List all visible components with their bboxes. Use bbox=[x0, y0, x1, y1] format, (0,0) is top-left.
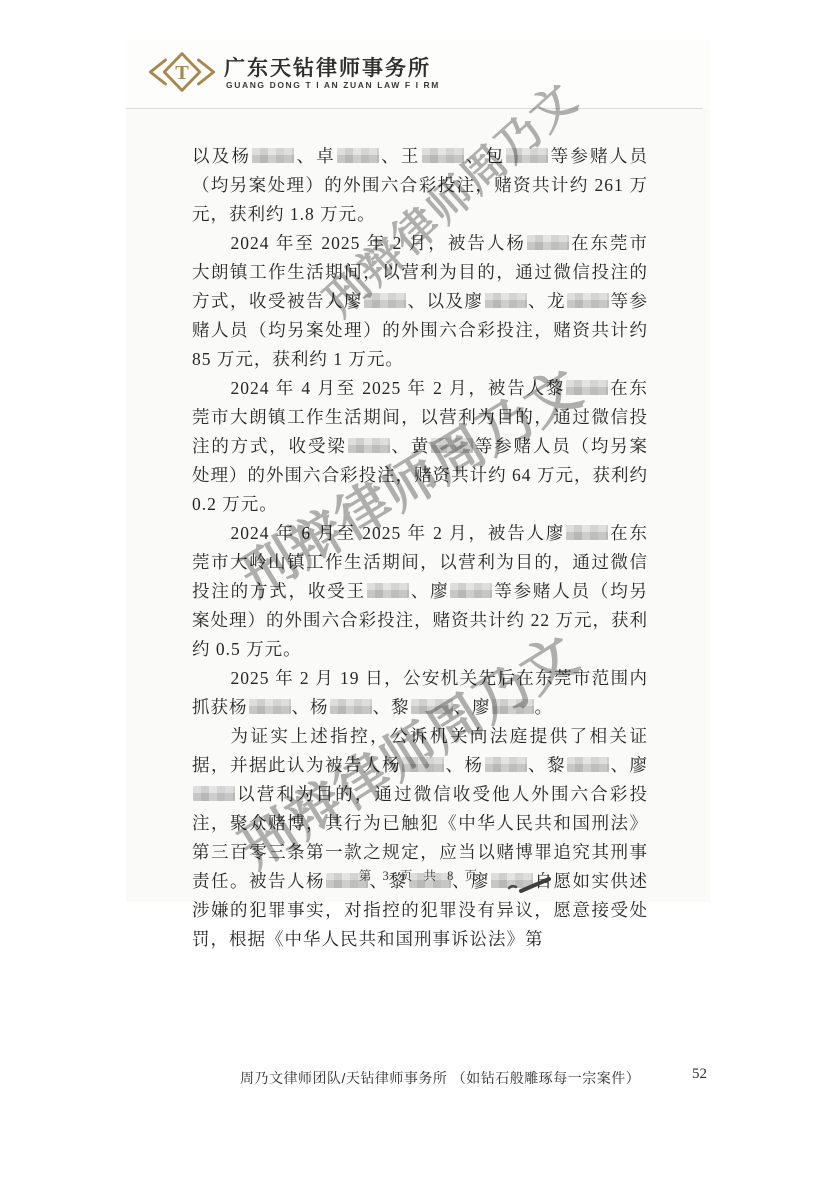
paragraph: 2024 年 4 月至 2025 年 2 月，被告人黎在东莞市大朗镇工作生活期间… bbox=[192, 374, 648, 519]
redacted-name-block bbox=[506, 148, 548, 163]
body-text-run: 、廖 bbox=[410, 581, 449, 601]
redacted-name-block bbox=[450, 583, 492, 598]
body-text-run: 、以及廖 bbox=[407, 291, 484, 311]
redacted-name-block bbox=[567, 293, 609, 308]
paragraph: 以及杨、卓、王、包等参赌人员（均另案处理）的外围六合彩投注，赌资共计约 261 … bbox=[192, 142, 648, 229]
redacted-name-block bbox=[402, 757, 444, 772]
body-text-run: 、王 bbox=[380, 146, 421, 166]
body-text-run: 、黄 bbox=[391, 436, 430, 456]
body-text-run: 、杨 bbox=[445, 755, 484, 775]
svg-text:T: T bbox=[175, 62, 189, 84]
book-footer-caption: 周乃文律师团队/天钻律师事务所 （如钻石般雕琢每一宗案件） bbox=[240, 1068, 640, 1088]
scanned-legal-document-page: T 广东天钻律师事务所 GUANG DONG T I AN ZUAN LAW F… bbox=[0, 0, 833, 1178]
redacted-name-block bbox=[485, 293, 527, 308]
paragraph: 2024 年至 2025 年 2 月，被告人杨在东莞市大朗镇工作生活期间，以营利… bbox=[192, 229, 648, 374]
redacted-name-block bbox=[348, 438, 390, 453]
body-text-run: 以及杨 bbox=[192, 146, 251, 166]
law-firm-diamond-logo-icon: T bbox=[144, 50, 220, 94]
redacted-name-block bbox=[367, 583, 409, 598]
body-text-run: 。 bbox=[535, 697, 554, 717]
body-text-run: 2024 年 6 月至 2025 年 2 月，被告人廖 bbox=[231, 523, 566, 543]
body-text-run: 、杨 bbox=[292, 697, 329, 717]
firm-name-chinese: 广东天钻律师事务所 bbox=[224, 52, 431, 82]
redacted-name-block bbox=[330, 699, 372, 714]
redacted-name-block bbox=[252, 148, 294, 163]
body-text-run: 、卓 bbox=[295, 146, 336, 166]
document-body: 以及杨、卓、王、包等参赌人员（均另案处理）的外围六合彩投注，赌资共计约 261 … bbox=[192, 142, 648, 954]
pen-check-stroke-icon bbox=[505, 874, 557, 896]
letterhead-divider bbox=[126, 108, 703, 109]
redacted-name-block bbox=[411, 699, 453, 714]
redacted-name-block bbox=[566, 525, 608, 540]
redacted-name-block bbox=[431, 438, 473, 453]
body-text-run: 、廖 bbox=[454, 697, 491, 717]
redacted-name-block bbox=[567, 757, 609, 772]
body-text-run: 、黎 bbox=[373, 697, 410, 717]
redacted-name-block bbox=[527, 235, 569, 250]
redacted-name-block bbox=[337, 148, 379, 163]
redacted-name-block bbox=[566, 380, 608, 395]
book-page-number: 52 bbox=[692, 1066, 707, 1083]
redacted-name-block bbox=[364, 293, 406, 308]
body-text-run: 2024 年 4 月至 2025 年 2 月，被告人黎 bbox=[231, 378, 566, 398]
redacted-name-block bbox=[485, 757, 527, 772]
paragraph: 2024 年 6 月至 2025 年 2 月，被告人廖在东莞市大岭山镇工作生活期… bbox=[192, 519, 648, 664]
redacted-name-block bbox=[422, 148, 464, 163]
redacted-name-block bbox=[249, 699, 291, 714]
paragraph: 2025 年 2 月 19 日，公安机关先后在东莞市范围内抓获杨、杨、黎、廖。 bbox=[192, 664, 648, 722]
redacted-name-block bbox=[492, 699, 534, 714]
firm-name-english: GUANG DONG T I AN ZUAN LAW F I RM bbox=[226, 80, 440, 90]
body-text-run: 2024 年至 2025 年 2 月，被告人杨 bbox=[231, 233, 526, 253]
body-text-run: 、黎 bbox=[528, 755, 567, 775]
body-text-run: 、龙 bbox=[528, 291, 567, 311]
scan-page-footer: 第 3 页 共 8 页 bbox=[192, 866, 648, 884]
paragraph: 为证实上述指控，公诉机关向法庭提供了相关证据，并据此认为被告人杨、杨、黎、廖以营… bbox=[192, 722, 648, 954]
redacted-name-block bbox=[193, 786, 235, 801]
body-text-run: 、廖 bbox=[610, 755, 648, 775]
body-text-run: 、包 bbox=[465, 146, 506, 166]
